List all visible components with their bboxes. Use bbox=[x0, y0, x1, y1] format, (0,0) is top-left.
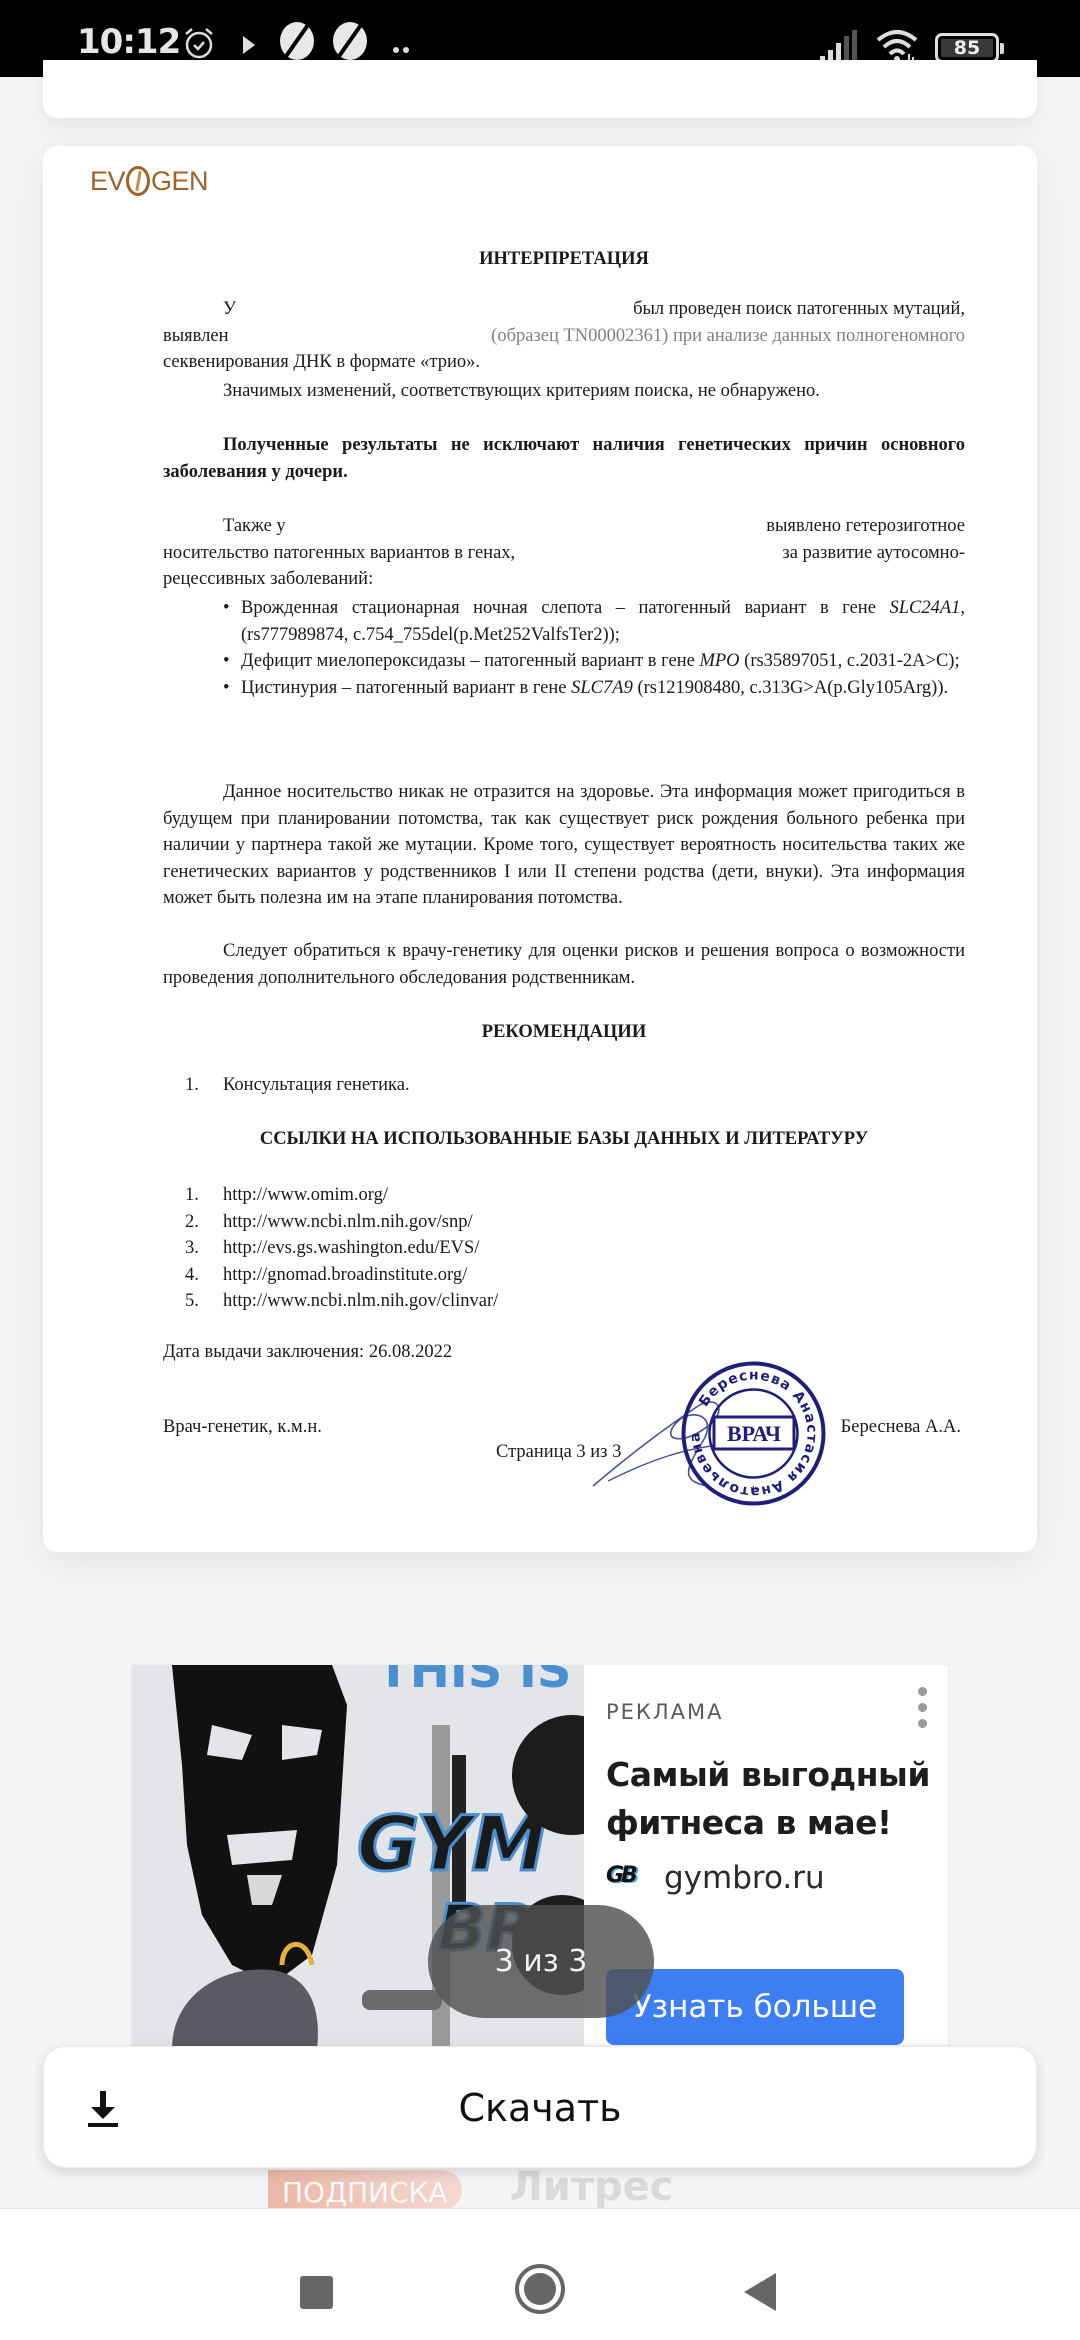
page-indicator: 3 из 3 bbox=[428, 1905, 654, 2018]
also-part-b: выявлено гетерозиготное bbox=[766, 513, 965, 540]
reference-item[interactable]: 1.http://www.omim.org/ bbox=[185, 1182, 498, 1209]
interpretation-heading: ИНТЕРПРЕТАЦИЯ bbox=[163, 246, 965, 273]
gymbro-logo-icon: GB bbox=[606, 1863, 648, 1893]
system-nav-bar bbox=[0, 2208, 1080, 2340]
litres-text: Литрес bbox=[510, 2164, 674, 2210]
variant-item: Дефицит миелопероксидазы – патогенный ва… bbox=[223, 648, 965, 675]
ad-more-menu-icon[interactable] bbox=[916, 1687, 928, 1739]
variant-list: Врожденная стационарная ночная слепота –… bbox=[223, 595, 965, 701]
recents-button[interactable] bbox=[300, 2276, 333, 2309]
no-changes-text: Значимых изменений, соответствующих крит… bbox=[163, 378, 965, 405]
gene-name: SLC24A1 bbox=[889, 598, 960, 618]
ad-domain[interactable]: GB gymbro.ru bbox=[606, 1860, 825, 1896]
document-page[interactable]: EVGEN ИНТЕРПРЕТАЦИЯ У был проведен поиск… bbox=[43, 146, 1037, 1552]
wifi-icon bbox=[876, 28, 918, 64]
variant-item: Врожденная стационарная ночная слепота –… bbox=[223, 595, 965, 648]
also-part-a: Также у bbox=[163, 513, 286, 540]
back-button[interactable] bbox=[744, 2273, 776, 2311]
issue-date: Дата выдачи заключения: 26.08.2022 bbox=[163, 1339, 452, 1366]
svg-text:*: * bbox=[750, 1484, 757, 1499]
faded-banner: ПОДПИСКА Литрес bbox=[268, 2170, 673, 2210]
clock: 10:12 bbox=[77, 22, 180, 62]
alarm-icon bbox=[182, 26, 216, 60]
recommendations-heading: РЕКОМЕНДАЦИИ bbox=[163, 1019, 965, 1046]
intro-line1-end: был проведен поиск патогенных мутаций, bbox=[633, 296, 965, 323]
carrier-paragraph: Данное носительство никак не отразится н… bbox=[163, 779, 965, 912]
play-store-icon bbox=[243, 36, 255, 54]
ad-label: РЕКЛАМА bbox=[606, 1700, 723, 1724]
recommendations-list: 1.Консультация генетика. bbox=[185, 1072, 410, 1099]
reference-item[interactable]: 5.http://www.ncbi.nlm.nih.gov/clinvar/ bbox=[185, 1288, 498, 1315]
more-notifications-icon bbox=[393, 40, 413, 48]
reference-item[interactable]: 4.http://gnomad.broadinstitute.org/ bbox=[185, 1262, 498, 1289]
logo-text-left: EV bbox=[90, 166, 125, 196]
reference-item[interactable]: 3.http://evs.gs.washington.edu/EVS/ bbox=[185, 1235, 498, 1262]
variant-item: Цистинурия – патогенный вариант в гене S… bbox=[223, 675, 965, 702]
gene-name: MPO bbox=[699, 651, 739, 671]
download-button[interactable]: Скачать bbox=[43, 2046, 1037, 2168]
doctor-stamp: Береснева Анастасия Анатольевна ВРАЧ * bbox=[681, 1361, 826, 1506]
also-part-c: носительство патогенных вариантов в гена… bbox=[163, 540, 515, 567]
references-heading: ССЫЛКИ НА ИСПОЛЬЗОВАННЫЕ БАЗЫ ДАННЫХ И Л… bbox=[163, 1126, 965, 1153]
carrier-intro-paragraph: Также у выявлено гетерозиготное носитель… bbox=[163, 513, 965, 593]
reference-item[interactable]: 2.http://www.ncbi.nlm.nih.gov/snp/ bbox=[185, 1209, 498, 1236]
consult-paragraph: Следует обратиться к врачу-генетику для … bbox=[163, 938, 965, 991]
svg-text:THIS IS: THIS IS bbox=[377, 1665, 571, 1699]
logo-dna-icon bbox=[126, 166, 150, 196]
subscription-badge: ПОДПИСКА bbox=[268, 2170, 462, 2210]
app-ball-icon bbox=[333, 22, 367, 60]
evogen-logo: EVGEN bbox=[90, 166, 208, 197]
ad-content: РЕКЛАМА Самый выгодный фитнеса в мае! GB… bbox=[606, 1665, 950, 2049]
ad-title[interactable]: Самый выгодный фитнеса в мае! bbox=[606, 1751, 936, 1847]
svg-text:ВРАЧ: ВРАЧ bbox=[727, 1421, 781, 1446]
ad-domain-text: gymbro.ru bbox=[664, 1860, 825, 1896]
download-label: Скачать bbox=[44, 2047, 1036, 2169]
recommendation-item: 1.Консультация генетика. bbox=[185, 1072, 410, 1099]
intro-line2-end: (образец TN00002361) при анализе данных … bbox=[491, 323, 965, 350]
intro-line1-start: У bbox=[163, 296, 236, 323]
doctor-name: Береснева А.А. bbox=[841, 1414, 961, 1441]
battery-icon: 85 bbox=[935, 33, 999, 63]
svg-text:GYM: GYM bbox=[357, 1799, 547, 1888]
results-paragraph: Полученные результаты не исключают налич… bbox=[163, 432, 965, 485]
previous-page bbox=[43, 60, 1037, 118]
battery-level: 85 bbox=[941, 39, 993, 57]
app-ball-icon bbox=[280, 22, 314, 60]
logo-text-right: GEN bbox=[151, 166, 208, 196]
references-list: 1.http://www.omim.org/ 2.http://www.ncbi… bbox=[185, 1182, 498, 1315]
also-part-e: рецессивных заболеваний: bbox=[163, 566, 965, 593]
intro-line3: секвенирования ДНК в формате «трио». bbox=[163, 349, 965, 376]
gene-name: SLC7A9 bbox=[571, 678, 633, 698]
also-part-d: за развитие аутосомно- bbox=[782, 540, 965, 567]
intro-line2-start: выявлен bbox=[163, 323, 229, 350]
intro-paragraph: У был проведен поиск патогенных мутаций,… bbox=[163, 296, 965, 376]
doctor-role: Врач-генетик, к.м.н. bbox=[163, 1414, 322, 1441]
signal-icon bbox=[818, 30, 858, 64]
home-button[interactable] bbox=[515, 2264, 565, 2314]
